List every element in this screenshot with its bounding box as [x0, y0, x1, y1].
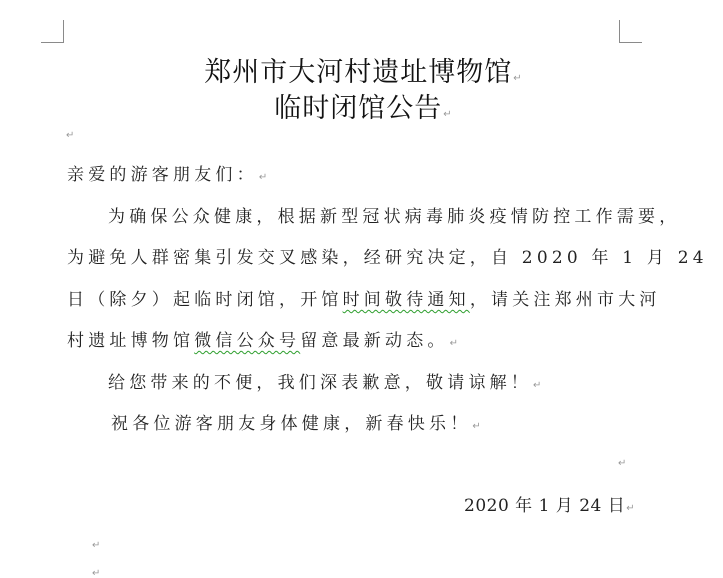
body-line-1: 为确保公众健康，根据新型冠状病毒肺炎疫情防控工作需要，: [108, 202, 680, 227]
margin-corner-top-left: [41, 20, 64, 43]
apology-paragraph: 给您带来的不便，我们深表歉意，敬请谅解！↵: [108, 368, 546, 393]
paragraph-mark-icon: ↵: [626, 503, 635, 514]
greeting-text: 祝各位游客朋友身体健康，新春快乐！: [111, 414, 471, 434]
grammar-flagged-text[interactable]: 微信公众号: [194, 331, 300, 351]
title-line-1-text: 郑州市大河村遗址博物馆: [204, 57, 512, 88]
title-line-2-text: 临时闭馆公告: [274, 93, 442, 124]
grammar-flagged-text[interactable]: 时间敬待通知: [343, 290, 470, 310]
paragraph-mark-icon: ↵: [66, 130, 74, 141]
body-line-3: 日（除夕）起临时闭馆，开馆时间敬待通知，请关注郑州市大河: [67, 285, 661, 310]
body-line-2: 为避免人群密集引发交叉感染，经研究决定，自 2020 年 1 月 24: [67, 243, 708, 268]
body-line-4-part-b: 留意最新动态。: [300, 331, 448, 351]
document-title-line-1: 郑州市大河村遗址博物馆↵: [2, 50, 723, 89]
salutation: 亲爱的游客朋友们：↵: [67, 160, 271, 185]
paragraph-mark-icon: ↵: [259, 172, 272, 183]
signature-date-text: 2020 年 1 月 24 日: [464, 496, 625, 516]
greeting-paragraph: 祝各位游客朋友身体健康，新春快乐！↵: [111, 409, 485, 434]
paragraph-mark-icon: ↵: [443, 109, 452, 120]
body-line-4: 村遗址博物馆微信公众号留意最新动态。↵: [67, 326, 462, 351]
paragraph-mark-icon: ↵: [92, 540, 100, 551]
body-line-4-part-a: 村遗址博物馆: [67, 331, 194, 351]
apology-text: 给您带来的不便，我们深表歉意，敬请谅解！: [108, 373, 532, 393]
document-title-line-2: 临时闭馆公告↵: [2, 86, 723, 125]
margin-corner-top-right: [619, 20, 642, 43]
signature-date: 2020 年 1 月 24 日↵: [464, 491, 635, 516]
paragraph-mark-icon: ↵: [513, 73, 522, 84]
body-line-3-part-a: 日（除夕）起临时闭馆，开馆: [67, 290, 343, 310]
paragraph-mark-icon: ↵: [450, 338, 463, 349]
paragraph-mark-icon: ↵: [92, 568, 100, 578]
paragraph-mark-icon: ↵: [533, 380, 546, 391]
body-line-3-part-b: ，请关注郑州市大河: [470, 290, 661, 310]
paragraph-mark-icon: ↵: [618, 458, 626, 469]
salutation-text: 亲爱的游客朋友们：: [67, 165, 258, 185]
paragraph-mark-icon: ↵: [472, 421, 485, 432]
